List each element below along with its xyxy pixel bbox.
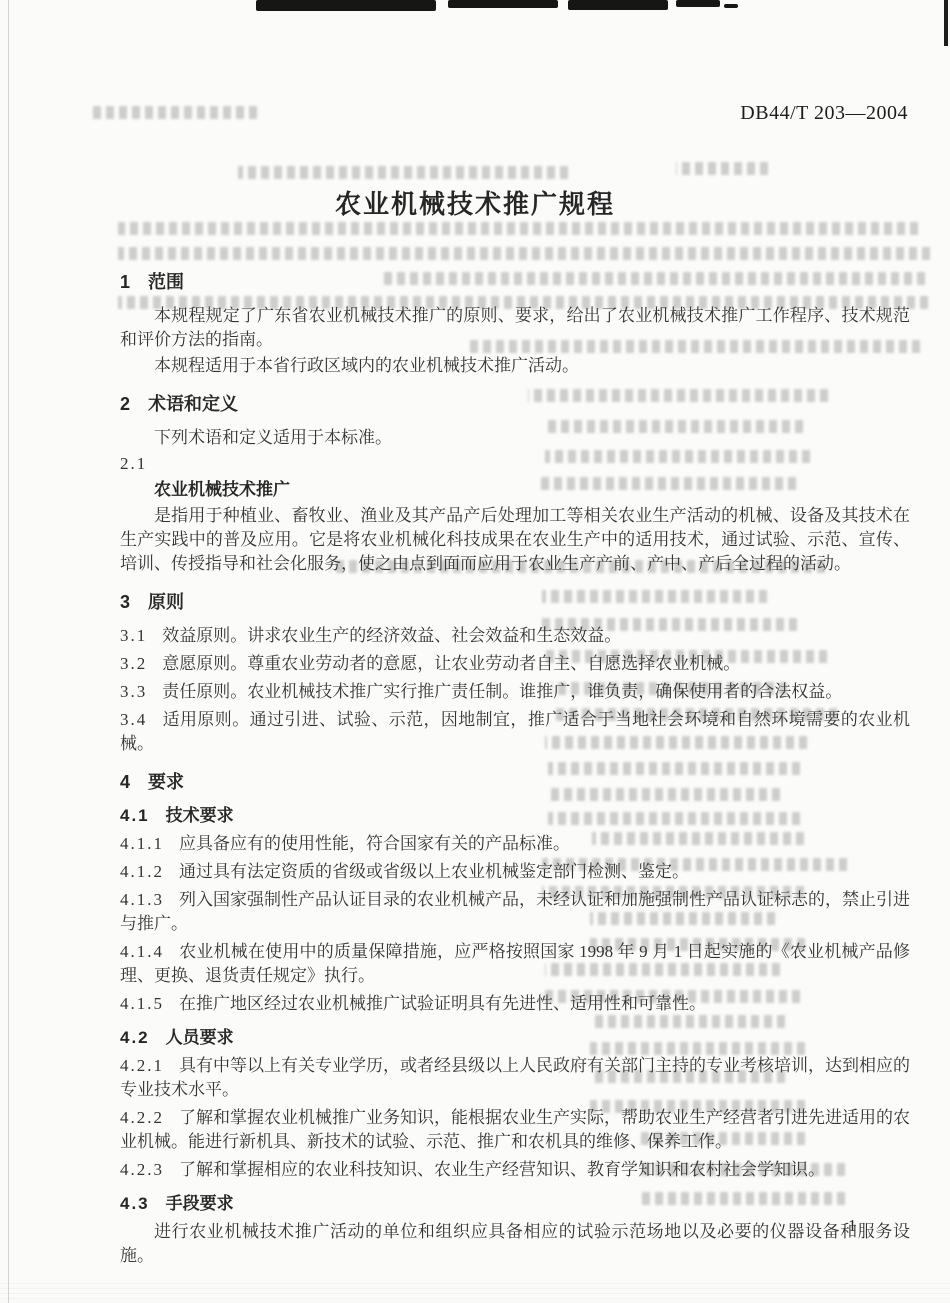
bleed-through-ghost-line (118, 247, 930, 260)
section-title: 人员要求 (166, 1028, 234, 1047)
clause-number: 4.2.3 (120, 1160, 164, 1179)
bleed-through-ghost-line (542, 590, 767, 603)
bleed-through-ghost-line (590, 1100, 805, 1113)
clause-number: 3.2 (120, 654, 147, 673)
bleed-through-ghost-line (548, 420, 803, 433)
bleed-through-ghost-line (118, 222, 918, 235)
scan-bottom-streaks (0, 1279, 950, 1299)
clause-number: 4.2.1 (120, 1056, 164, 1075)
bleed-through-ghost-line (542, 650, 827, 663)
clause-4.2.1: 4.2.1具有中等以上有关专业学历，或者经县级以上人民政府有关部门主持的专业考核… (120, 1054, 910, 1102)
bleed-through-ghost-line (548, 812, 800, 825)
clause-text: 具有中等以上有关专业学历，或者经县级以上人民政府有关部门主持的专业考核培训，达到… (120, 1056, 910, 1099)
section-number: 2 (120, 394, 132, 414)
clause-number: 4.1.1 (120, 834, 164, 853)
clause-number: 3.1 (120, 626, 147, 645)
section-number: 4.3 (120, 1194, 150, 1213)
document-title: 农业机械技术推广规程 (0, 184, 950, 221)
section-number: 3 (120, 592, 132, 612)
clause-3.3: 3.3责任原则。农业机械技术推广实行推广责任制。谁推广，谁负责，确保使用者的合法… (120, 680, 910, 704)
scan-edge-mark (448, 0, 558, 8)
page-number: 1 (848, 1216, 857, 1236)
bleed-through-ghost-line (592, 832, 804, 845)
bleed-through-ghost-line (552, 708, 837, 721)
bleed-through-ghost-line (545, 736, 807, 749)
bleed-through-ghost-line (548, 788, 780, 801)
clause-number: 4.1.5 (120, 994, 164, 1013)
clause-number: 4.1.2 (120, 862, 164, 881)
bleed-through-ghost-line (380, 272, 925, 285)
clause-number: 4.1.3 (120, 890, 164, 909)
bleed-through-ghost-line (545, 990, 800, 1003)
scan-edge-mark (256, 0, 436, 11)
bleed-through-ghost-line (542, 886, 804, 899)
clause-text: 应具备应有的使用性能，符合国家有关的产品标准。 (179, 834, 570, 853)
bleed-through-ghost-line (552, 682, 787, 695)
bleed-through-ghost-line (548, 762, 800, 775)
section-number: 4.2 (120, 1028, 150, 1047)
bleed-through-ghost-line (538, 477, 796, 490)
section-title: 要求 (148, 772, 184, 792)
bleed-through-ghost-line (640, 1132, 805, 1145)
section-heading-3: 3原则 (120, 590, 910, 614)
bleed-through-ghost-line (542, 858, 847, 871)
scan-right-edge-mark (944, 0, 948, 46)
bleed-through-ghost-line (590, 912, 775, 925)
bleed-through-ghost-line (470, 340, 920, 353)
clause-number: 3.4 (120, 710, 147, 729)
section-number: 4.1 (120, 806, 150, 825)
scan-edge-mark (724, 4, 738, 8)
clause-number: 3.3 (120, 682, 147, 701)
bleed-through-ghost-line (545, 450, 810, 463)
bleed-through-ghost-line (590, 938, 805, 951)
scan-edge-mark (676, 0, 720, 7)
bleed-through-ghost-line (118, 296, 928, 309)
section-title: 术语和定义 (148, 394, 238, 414)
bleed-through-ghost-line (590, 1070, 785, 1083)
bleed-through-ghost-line (640, 1163, 845, 1176)
clause-4.2.2: 4.2.2了解和掌握农业机械推广业务知识，能根据农业生产实际，帮助农业生产经营者… (120, 1106, 910, 1154)
standard-number: DB44/T 203—2004 (740, 102, 908, 125)
paragraph: 本规程适用于本省行政区域内的农业机械技术推广活动。 (120, 354, 910, 378)
clause-number: 4.1.4 (120, 942, 164, 961)
section-number: 1 (120, 272, 132, 292)
bleed-through-ghost-line (528, 389, 828, 402)
term-number: 2.1 (120, 454, 147, 473)
section-title: 原则 (148, 592, 184, 612)
section-number: 4 (120, 772, 132, 792)
bleed-through-ghost-line (590, 1042, 805, 1055)
bleed-through-ghost-line (238, 166, 568, 179)
section-title: 技术要求 (166, 806, 234, 825)
scanned-page: DB44/T 203—2004 农业机械技术推广规程 1范围本规程规定了广东省农… (0, 0, 950, 1303)
bleed-through-ghost-line (92, 106, 257, 119)
bleed-through-ghost-line (542, 618, 797, 631)
bleed-through-ghost-line (330, 560, 825, 573)
paragraph: 进行农业机械技术推广活动的单位和组织应具备相应的试验示范场地以及必要的仪器设备和… (120, 1220, 910, 1268)
clause-number: 4.2.2 (120, 1108, 164, 1127)
section-title: 范围 (148, 272, 184, 292)
section-title: 手段要求 (166, 1194, 234, 1213)
bleed-through-ghost-line (545, 963, 780, 976)
bleed-through-ghost-line (590, 1015, 785, 1028)
bleed-through-ghost-line (640, 1192, 845, 1205)
scan-edge-mark (568, 0, 668, 10)
bleed-through-ghost-line (676, 162, 768, 175)
